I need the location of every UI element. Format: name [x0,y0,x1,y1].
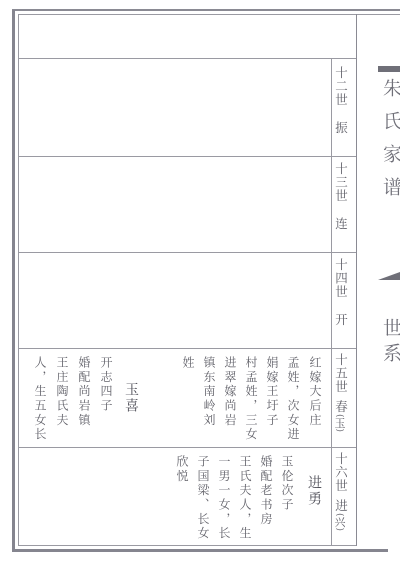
margin-char: 氏 [380,111,400,144]
margin-char: 谱 [380,177,400,210]
table-right-border [356,14,357,546]
generation-alias-text: 兴 [333,517,346,528]
generation-cell-14: 十四世 开 [334,258,354,325]
entry-yuxi: 玉喜 开志四子 婚配尚岩镇 王庄陶氏夫 人，生五女长 [22,356,142,444]
generation-label: 十六世 [334,452,347,493]
margin-title-bottom: 世系 [378,318,400,368]
generation-cell-12: 十二世 振 [334,66,354,133]
generation-label: 十三世 [334,162,347,203]
entry-line: 人，生五女长 [34,356,46,442]
margin-title-top: 朱氏家谱 [378,78,400,210]
person-name: 进勇 [307,475,321,507]
fish-tail-mark-bottom [378,272,400,280]
paren-close: ) [334,528,344,532]
entry-jinyong: 进勇 玉伦次子 婚配老书房 王氏夫人，生 一男一女，长 子国梁、长女 欣悦 [165,455,327,543]
entry-line: 婚配尚岩镇 [78,356,90,428]
entry-line: 孟姓，次女进 [287,356,299,442]
entry-line: 婚配老书房 [260,455,272,527]
generation-name: 开 [334,313,347,326]
outer-border-top [12,9,400,11]
inner-border-bottom [18,545,356,546]
margin-char: 家 [380,144,400,177]
margin-char: 系 [380,343,400,368]
generation-alias-text: 玉 [333,418,346,429]
generation-label: 十五世 [334,353,347,394]
generation-label: 十二世 [334,66,347,107]
entry-line: 欣悦 [176,455,188,484]
outer-border-bottom [12,549,388,552]
generation-cell-16: 十六世 进 (兴) [334,452,354,531]
row-divider [18,348,356,349]
margin-char: 世 [380,318,400,343]
generation-alias: (玉) [334,414,345,432]
generation-name: 连 [334,217,347,230]
generation-name: 振 [334,121,347,134]
paren-close: ) [334,429,344,433]
entry-line: 娟嫁王圩子 [266,356,278,428]
margin-char: 朱 [380,78,400,111]
entry-line: 王庄陶氏夫 [56,356,68,428]
entry-line: 镇东南岭刘 [203,356,215,428]
generation-name: 进 [334,499,347,512]
entry-gen15-continuation: 红嫁大后庄 孟姓，次女进 娟嫁王圩子 村孟姓，三女 进翠嫁尚岩 镇东南岭刘 姓 [170,356,325,444]
row-divider [18,252,356,253]
outer-border-left [12,10,15,549]
generation-column-divider [331,58,332,546]
person-name: 玉喜 [124,382,138,414]
generation-label: 十四世 [334,258,347,299]
inner-border-left [18,14,19,545]
entry-line: 子国梁、长女 [197,455,209,541]
row-divider [18,58,356,59]
entry-line: 村孟姓，三女 [245,356,257,442]
inner-border-top [18,14,400,15]
generation-cell-15: 十五世 春 (玉) [334,353,354,432]
row-divider [18,156,356,157]
generation-name: 春 [334,400,347,413]
generation-cell-13: 十三世 连 [334,162,354,229]
entry-line: 开志四子 [100,356,112,413]
entry-line: 一男一女，长 [218,455,230,541]
entry-line: 王氏夫人，生 [239,455,251,541]
generation-alias: (兴) [334,513,345,531]
row-divider [18,447,356,448]
entry-line: 玉伦次子 [281,455,293,512]
entry-line: 红嫁大后庄 [309,356,321,428]
entry-line: 进翠嫁尚岩 [224,356,236,428]
entry-line: 姓 [182,356,194,370]
fish-tail-mark-top [378,66,400,72]
